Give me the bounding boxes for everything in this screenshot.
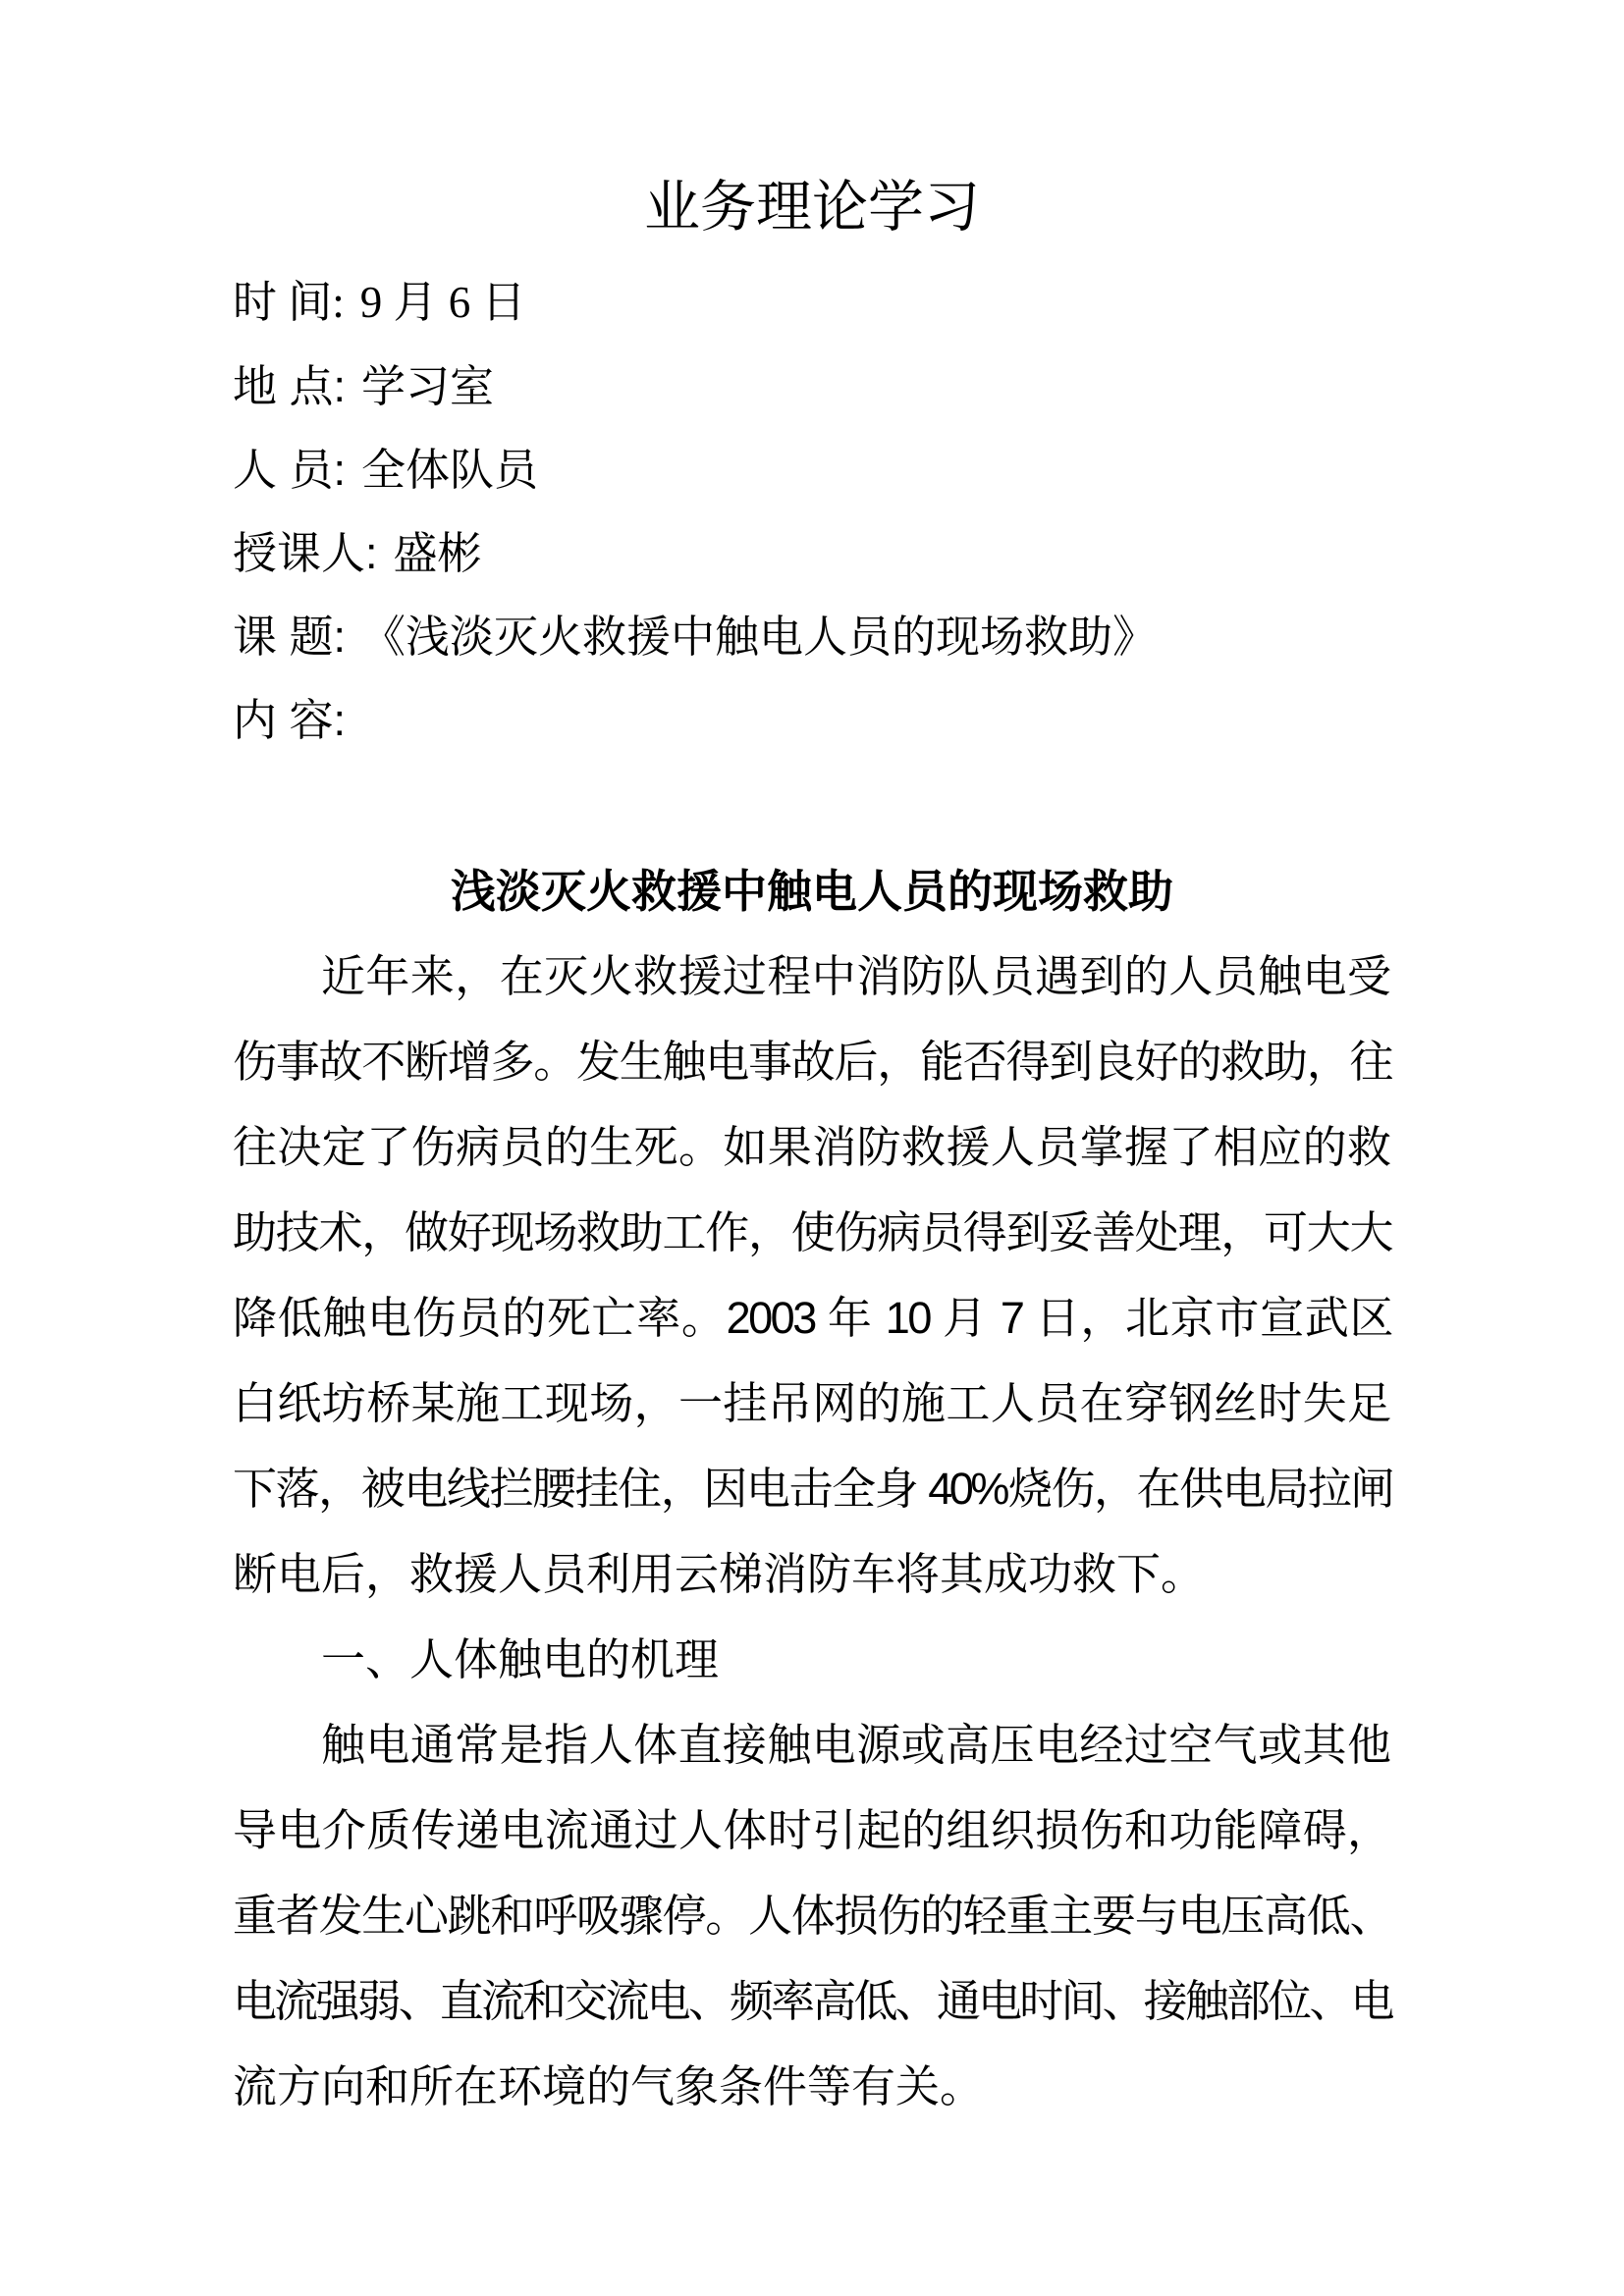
article-body: 近年来，在灭火救援过程中消防队员遇到的人员触电受 伤事故不断增多。发生触电事故后…	[233, 934, 1391, 2129]
meta-label-topic: 课 题:	[233, 612, 346, 662]
meta-label-content: 内 容:	[233, 695, 346, 745]
paragraph-line: 流方向和所在环境的气象条件等有关。	[233, 2044, 1391, 2129]
meta-line-lecturer: 授课人:盛彬	[233, 511, 1391, 595]
paragraph-line: 白纸坊桥某施工现场，一挂吊网的施工人员在穿钢丝时失足	[233, 1361, 1391, 1446]
paragraph-line: 电流强弱、直流和交流电、频率高低、通电时间、接触部位、电	[233, 1958, 1391, 2044]
paragraph-line: 降低触电伤员的死亡率。2003 年 10 月 7 日，北京市宣武区	[233, 1275, 1391, 1361]
document-page: 业务理论学习 时 间:9 月 6 日 地 点:学习室 人 员:全体队员 授课人:…	[0, 0, 1624, 2296]
meta-label-location: 地 点:	[233, 361, 346, 411]
meta-value-personnel: 全体队员	[361, 445, 538, 495]
paragraph-line: 触电通常是指人体直接触电源或高压电经过空气或其他	[233, 1702, 1391, 1788]
paragraph-line: 导电介质传递电流通过人体时引起的组织损伤和功能障碍，	[233, 1788, 1391, 1873]
paragraph-line: 下落，被电线拦腰挂住，因电击全身 40%烧伤，在供电局拉闸	[233, 1446, 1391, 1531]
meta-block: 时 间:9 月 6 日 地 点:学习室 人 员:全体队员 授课人:盛彬 课 题:…	[233, 261, 1391, 762]
paragraph-line: 断电后，救援人员利用云梯消防车将其成功救下。	[233, 1531, 1391, 1617]
meta-value-location: 学习室	[361, 361, 494, 411]
document-title: 业务理论学习	[233, 174, 1391, 242]
meta-label-lecturer: 授课人:	[233, 528, 378, 578]
section-subheading: 一、人体触电的机理	[233, 1617, 1391, 1702]
meta-value-time: 9 月 6 日	[360, 278, 526, 327]
meta-line-time: 时 间:9 月 6 日	[233, 261, 1391, 345]
meta-value-lecturer: 盛彬	[394, 528, 482, 578]
meta-label-time: 时 间:	[233, 278, 345, 327]
meta-value-topic: 《浅淡灭火救援中触电人员的现场救助》	[361, 612, 1157, 662]
meta-line-personnel: 人 员:全体队员	[233, 428, 1391, 511]
paragraph-line: 往决定了伤病员的生死。如果消防救援人员掌握了相应的救	[233, 1104, 1391, 1190]
meta-label-personnel: 人 员:	[233, 445, 346, 495]
paragraph-line: 伤事故不断增多。发生触电事故后，能否得到良好的救助，往	[233, 1019, 1391, 1104]
meta-line-location: 地 点:学习室	[233, 345, 1391, 428]
meta-line-topic: 课 题:《浅淡灭火救援中触电人员的现场救助》	[233, 595, 1391, 678]
paragraph-line: 助技术，做好现场救助工作，使伤病员得到妥善处理，可大大	[233, 1190, 1391, 1275]
paragraph-line: 重者发生心跳和呼吸骤停。人体损伤的轻重主要与电压高低、	[233, 1873, 1391, 1958]
article-heading: 浅淡灭火救援中触电人员的现场救助	[233, 850, 1391, 934]
paragraph-line: 近年来，在灭火救援过程中消防队员遇到的人员触电受	[233, 934, 1391, 1019]
meta-line-content: 内 容:	[233, 678, 1391, 762]
